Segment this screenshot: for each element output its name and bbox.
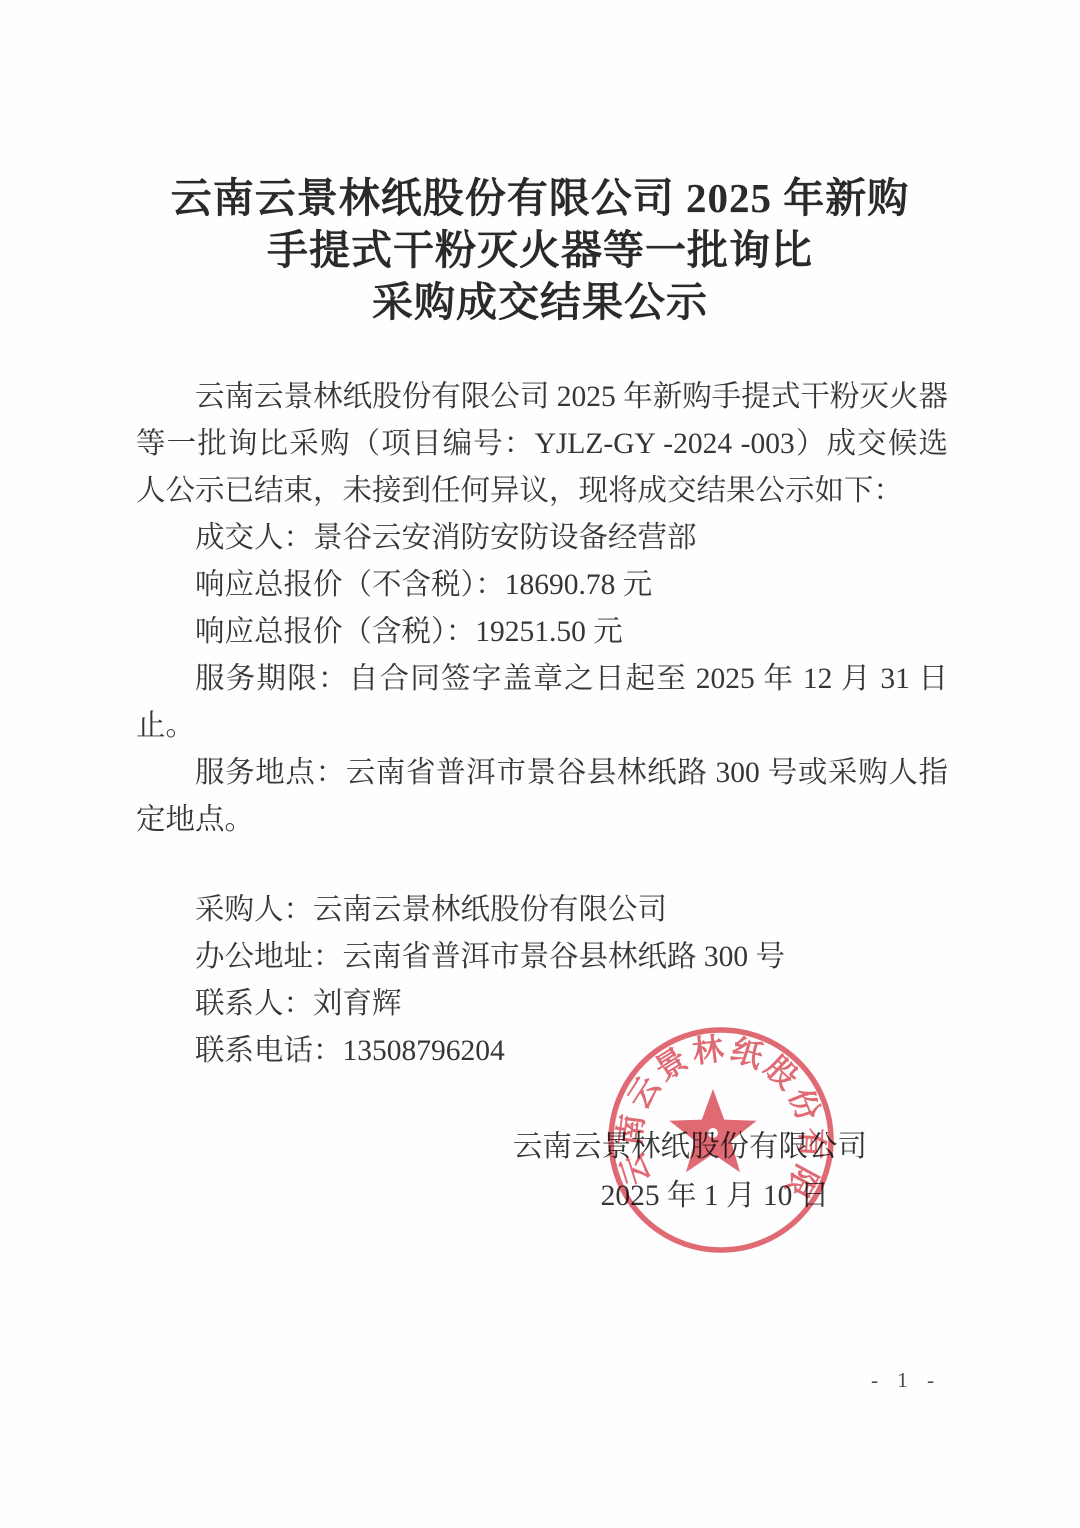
service-location-line: 服务地点：云南省普洱市景谷县林纸路 300 号或采购人指定地点。 xyxy=(136,750,948,844)
page-number: - 1 - xyxy=(856,1368,956,1393)
winner-line: 成交人：景谷云安消防安防设备经营部 xyxy=(136,515,948,562)
title-line-3: 采购成交结果公示 xyxy=(0,276,1080,328)
contact-phone-line: 联系电话：13508796204 xyxy=(136,1028,948,1075)
price-incl-tax-line: 响应总报价（含税）：19251.50 元 xyxy=(136,609,948,656)
document-title: 云南云景林纸股份有限公司 2025 年新购 手提式干粉灭火器等一批询比 采购成交… xyxy=(0,172,1080,328)
signature-block: 云南云景林纸股份有限公司 2025 年 1 月 10 日 xyxy=(495,1123,885,1221)
title-line-1: 云南云景林纸股份有限公司 2025 年新购 xyxy=(0,172,1080,224)
signature-company: 云南云景林纸股份有限公司 xyxy=(495,1123,885,1172)
contact-person-line: 联系人：刘育辉 xyxy=(136,981,948,1028)
purchaser-block: 采购人：云南云景林纸股份有限公司 办公地址：云南省普洱市景谷县林纸路 300 号… xyxy=(136,887,948,1075)
price-excl-tax-line: 响应总报价（不含税）：18690.78 元 xyxy=(136,562,948,609)
service-period-line: 服务期限：自合同签字盖章之日起至 2025 年 12 月 31 日止。 xyxy=(136,656,948,750)
document-page: 云南云景林纸股份有限公司 2025 年新购 手提式干粉灭火器等一批询比 采购成交… xyxy=(0,0,1080,1528)
title-line-2: 手提式干粉灭火器等一批询比 xyxy=(0,224,1080,276)
purchaser-line: 采购人：云南云景林纸股份有限公司 xyxy=(136,887,948,934)
intro-paragraph: 云南云景林纸股份有限公司 2025 年新购手提式干粉灭火器等一批询比采购（项目编… xyxy=(136,374,948,515)
document-body: 云南云景林纸股份有限公司 2025 年新购手提式干粉灭火器等一批询比采购（项目编… xyxy=(136,374,948,1075)
office-address-line: 办公地址：云南省普洱市景谷县林纸路 300 号 xyxy=(136,934,948,981)
signature-date: 2025 年 1 月 10 日 xyxy=(545,1172,885,1221)
